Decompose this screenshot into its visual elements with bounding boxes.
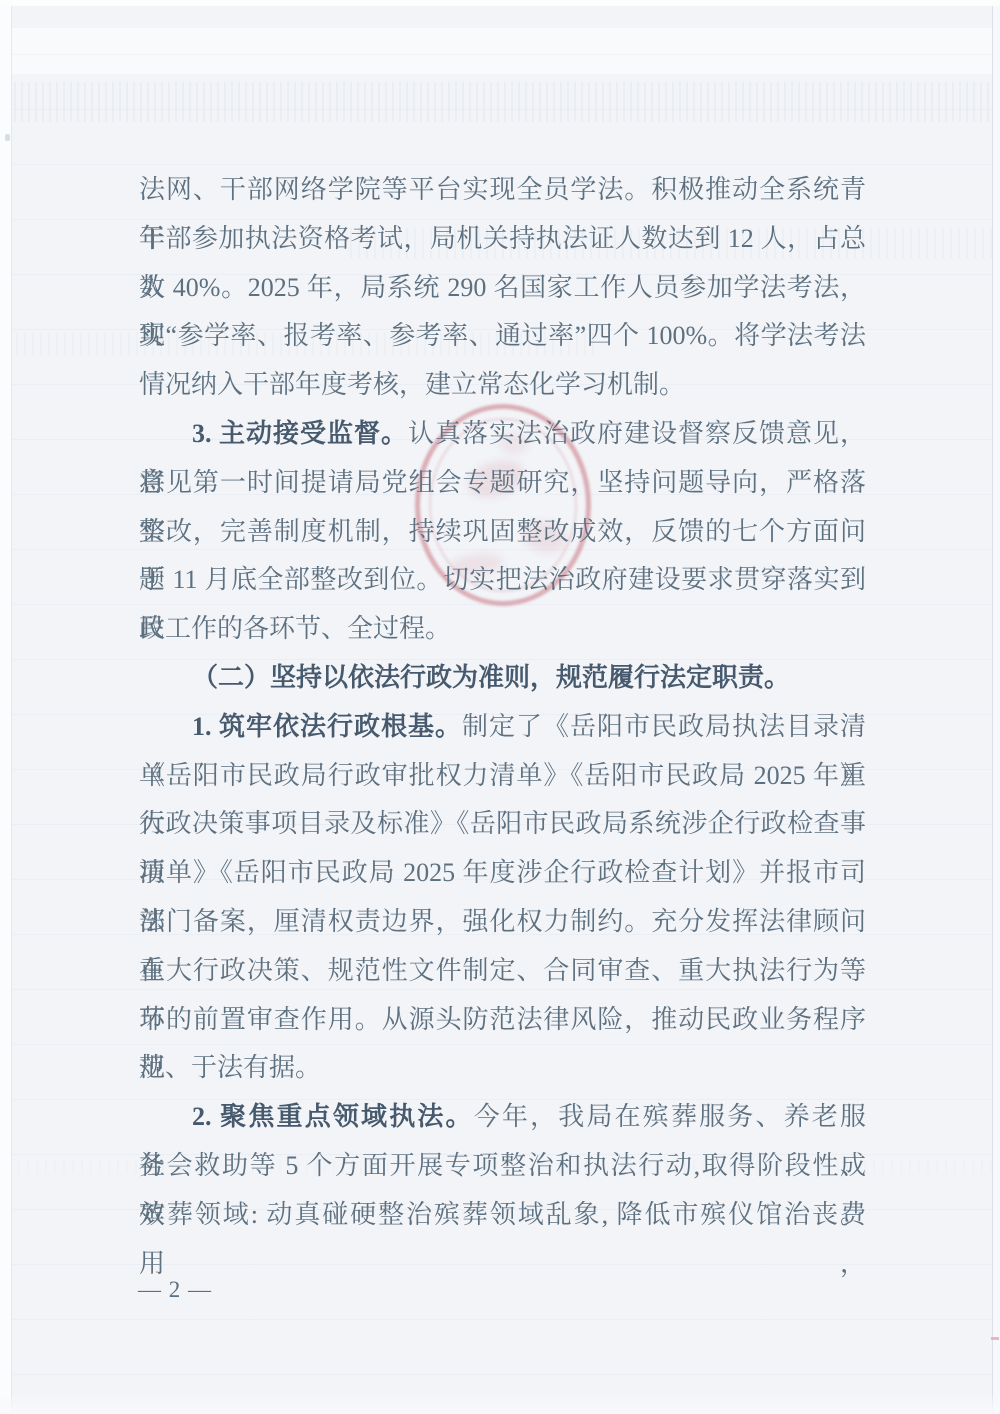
text-line: 部门备案，厘清权责边界，强化权力制约。充分发挥法律顾问在 bbox=[139, 898, 866, 947]
bold-run-in: 1. 筑牢依法行政根基。 bbox=[192, 712, 462, 741]
text-line: 社会救助等 5 个方面开展专项整治和执法行动,取得阶段性成效。 bbox=[139, 1142, 866, 1191]
body-text: 情况纳入干部年度考核，建立常态化学习机制。 bbox=[139, 370, 685, 399]
bold-run-in: （二）坚持以依法行政为准则，规范履行法定职责。 bbox=[192, 663, 790, 692]
text-line: 行政决策事项目录及标准》《岳阳市民政局系统涉企行政检查事项 bbox=[139, 800, 866, 849]
body-text: 现“参学率、报考率、参考率、通过率”四个 100%。将学法考法 bbox=[139, 321, 866, 350]
text-line: 《岳阳市民政局行政审批权力清单》《岳阳市民政局 2025 年重大 bbox=[139, 752, 866, 801]
scan-top-edge bbox=[0, 0, 1000, 6]
scan-bottom-edge bbox=[0, 1392, 1000, 1414]
text-line: 殡葬领域: 动真碰硬整治殡葬领域乱象, 降低市殡仪馆治丧费用， bbox=[139, 1191, 866, 1240]
scan-band bbox=[0, 82, 1000, 122]
text-line: （二）坚持以依法行政为准则，规范履行法定职责。 bbox=[139, 654, 866, 703]
bold-run-in: 2. 聚焦重点领域执法。 bbox=[192, 1102, 474, 1131]
text-line: 重大行政决策、规范性文件制定、合同审查、重大执法行为等环 bbox=[139, 947, 866, 996]
scan-speck bbox=[991, 1337, 999, 1340]
text-line: 清单》《岳阳市民政局 2025 年度涉企行政检查计划》并报市司法 bbox=[139, 849, 866, 898]
body-text: 政工作的各环节、全过程。 bbox=[139, 614, 451, 643]
text-line: 1. 筑牢依法行政根基。制定了《岳阳市民政局执法目录清单》 bbox=[139, 703, 866, 752]
scan-left-margin bbox=[0, 0, 12, 1414]
body-text: 范、于法有据。 bbox=[139, 1053, 321, 1082]
text-line: 法网、干部网络学院等平台实现全员学法。积极推动全系统青年 bbox=[139, 166, 866, 215]
text-line: 意见第一时间提请局党组会专题研究，坚持问题导向，严格落实 bbox=[139, 459, 866, 508]
page-number: — 2 — bbox=[138, 1278, 212, 1302]
document-body: 法网、干部网络学院等平台实现全员学法。积极推动全系统青年干部参加执法资格考试，局… bbox=[139, 166, 866, 1240]
text-line: 现“参学率、报考率、参考率、通过率”四个 100%。将学法考法 bbox=[139, 312, 866, 361]
text-line: 政工作的各环节、全过程。 bbox=[139, 605, 866, 654]
scan-band bbox=[0, 28, 1000, 74]
text-line: 情况纳入干部年度考核，建立常态化学习机制。 bbox=[139, 361, 866, 410]
text-line: 2. 聚焦重点领域执法。今年，我局在殡葬服务、养老服务、 bbox=[139, 1093, 866, 1142]
text-line: 干部参加执法资格考试，局机关持执法证人数达到 12 人，占总人 bbox=[139, 215, 866, 264]
text-line: 于 11 月底全部整改到位。切实把法治政府建设要求贯穿落实到民 bbox=[139, 556, 866, 605]
text-line: 范、于法有据。 bbox=[139, 1044, 866, 1093]
text-line: 数 40%。2025 年，局系统 290 名国家工作人员参加学法考法，实 bbox=[139, 264, 866, 313]
body-text: 殡葬领域: 动真碰硬整治殡葬领域乱象, 降低市殡仪馆治丧费用， bbox=[139, 1200, 866, 1278]
scanned-document-page: 法网、干部网络学院等平台实现全员学法。积极推动全系统青年干部参加执法资格考试，局… bbox=[0, 0, 1000, 1414]
text-line: 节的前置审查作用。从源头防范法律风险，推动民政业务程序规 bbox=[139, 996, 866, 1045]
scan-speck bbox=[5, 134, 10, 141]
text-line: 整改，完善制度机制，持续巩固整改成效，反馈的七个方面问题 bbox=[139, 508, 866, 557]
scan-right-margin bbox=[993, 0, 1000, 1414]
bold-run-in: 3. 主动接受监督。 bbox=[192, 419, 408, 448]
text-line: 3. 主动接受监督。认真落实法治政府建设督察反馈意见，将 bbox=[139, 410, 866, 459]
